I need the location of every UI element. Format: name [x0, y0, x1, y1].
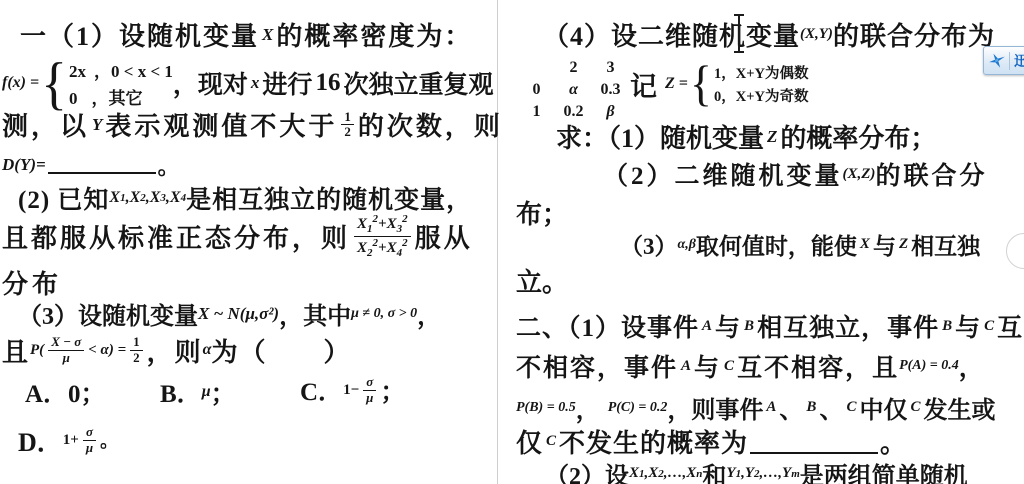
column-divider: [497, 0, 498, 484]
question-text: 一（1）设随机变量: [20, 16, 259, 53]
question-text: 是两组简单随机: [800, 456, 968, 484]
z-equals: Z =: [665, 75, 688, 93]
math-var: ,…,X: [664, 465, 697, 482]
one-plus: 1+: [63, 432, 79, 449]
dy-blank-line: D(Y)= 。: [2, 152, 180, 178]
math-var: X: [259, 25, 276, 45]
semicolon: ；: [380, 372, 405, 408]
question-text: （3）: [620, 228, 678, 261]
event-c: C: [843, 399, 859, 416]
option-c: C．1− σμ ；: [300, 368, 405, 412]
event-a: A: [678, 358, 694, 375]
period: 。: [158, 150, 180, 181]
q2-1-line4: 仅C不发生的概率为 。: [516, 424, 907, 458]
q1-3-line1: （3）设随机变量X ~ N(μ,σ²)，其中μ ≠ 0, σ > 0，: [18, 296, 441, 331]
table-cell: 0: [518, 79, 555, 101]
subscript: m: [791, 468, 800, 480]
question-text: 相互独: [911, 228, 980, 261]
xz-pair: (X,Z): [843, 166, 876, 183]
question-text: 和: [702, 456, 726, 484]
alpha-beta-vars: α,β: [678, 237, 696, 253]
question-text: 的联合分: [875, 156, 987, 192]
thunder-download-button[interactable]: 迅: [983, 46, 1024, 75]
math-var: ,Y: [741, 465, 754, 482]
math-var: ,X: [146, 189, 161, 207]
q1-3-line2: 且 P( X − σμ < α) = 12 ，则 α 为（ ）: [2, 328, 352, 372]
fraction-one-half: 12: [341, 110, 354, 140]
math-var: X: [109, 189, 120, 207]
option-b-label: B．: [160, 374, 202, 410]
brace-glyph: {: [41, 57, 67, 109]
brace-glyph: {: [690, 62, 712, 107]
probability-open: P(: [30, 342, 44, 359]
math-var: Y: [89, 115, 105, 135]
question-text: 仅: [516, 423, 543, 460]
x-minus-sigma-over-mu: X − σμ: [48, 335, 84, 365]
event-c: C: [721, 358, 737, 375]
q1-4-part3-cont: 立。: [516, 262, 568, 299]
text-cursor-icon: [733, 13, 744, 54]
event-b: B: [741, 318, 757, 335]
q1-2-line2: 且都服从标准正态分布，则 X12+X32 X22+X42 服从: [2, 210, 473, 262]
prob-c-value: P(C) = 0.2: [608, 400, 668, 416]
q2-2-line1: （2）设 X1,X2,…,Xn 和 Y1,Y2,…,Ym 是两组简单随机: [545, 456, 968, 484]
event-c: C: [907, 399, 923, 416]
question-text: 与: [955, 308, 981, 344]
question-text: ，: [417, 296, 441, 331]
question-text: 服从: [415, 218, 473, 255]
math-var: ,…,Y: [760, 465, 792, 482]
question-text: 布；: [516, 194, 568, 231]
parameter-conditions: μ ≠ 0, σ > 0: [351, 306, 417, 322]
question-text: 取何值时，能使: [696, 228, 857, 261]
option-d-label: D．: [18, 422, 63, 459]
q1-1-line3: 测，以Y表示观测值不大于 12 的次数，则: [2, 106, 503, 143]
period: 。: [100, 427, 118, 453]
joint-distribution-table: 2 3 0 α 0.3 1 0.2 β: [518, 57, 629, 123]
question-text: 求：（1）随机变量: [556, 118, 764, 155]
document-page: 一（1）设随机变量X的概率密度为： f(x) = { 2x，0 < x < 1 …: [0, 0, 1024, 484]
event-b: B: [939, 318, 955, 335]
question-text: （2）设: [545, 456, 629, 484]
chi-square-ratio-fraction: X12+X32 X22+X42: [354, 213, 411, 258]
mu-var: μ: [202, 383, 211, 401]
ji-label: 记: [630, 65, 657, 104]
question-text: 且: [2, 332, 30, 369]
probability-close: < α) =: [88, 342, 126, 359]
option-c-label: C．: [300, 372, 343, 408]
comma: ，: [576, 390, 600, 425]
question-text: 且都服从标准正态分布，则: [2, 218, 350, 255]
q2-1-line2: 不相容，事件A与C互不相容，且P(A) = 0.4，: [516, 348, 986, 384]
question-text: 的概率密度为：: [276, 16, 472, 53]
button-separator: [1009, 52, 1010, 70]
event-a: A: [763, 399, 779, 416]
question-text: ，则事件: [667, 390, 763, 425]
math-var: Y: [726, 465, 735, 482]
question-text: 与: [694, 348, 721, 384]
q2-1-line3: P(B) = 0.5，P(C) = 0.2，则事件A、B、C中仅C发生或: [516, 390, 995, 425]
event-b: B: [803, 399, 819, 416]
semicolon: ；: [211, 374, 236, 410]
question-text: 二、（1）设事件: [516, 308, 699, 344]
table-header: 3: [592, 57, 629, 79]
case-value: 2x: [69, 62, 86, 82]
thunder-button-label: 迅: [1014, 51, 1024, 71]
event-c: C: [543, 433, 559, 450]
number-16: 16: [312, 69, 343, 97]
question-text: 次独立重复观: [343, 65, 493, 101]
question-text: ，则: [147, 332, 203, 369]
z-var: Z: [896, 236, 911, 253]
normal-distribution: X ~ N(μ,σ²): [198, 304, 279, 324]
thunder-bird-icon: [987, 52, 1007, 70]
question-text: ，: [959, 348, 986, 384]
option-a: A．0；: [25, 374, 106, 410]
event-a: A: [699, 318, 715, 335]
option-b: B．μ；: [160, 374, 236, 410]
option-d: D．1+ σμ 。: [18, 416, 118, 464]
q1-4-part3: （3）α,β取何值时，能使X与Z相互独: [620, 228, 980, 261]
math-var: ,X: [166, 189, 181, 207]
question-text: 互不相容，且: [737, 348, 899, 384]
q1-4-part2: （2）二维随机变量(X,Z)的联合分: [603, 156, 987, 192]
one-minus: 1−: [343, 382, 359, 399]
case-condition: ，0 < x < 1: [94, 57, 173, 82]
question-text: 为（ ）: [212, 332, 352, 369]
alpha-var: α: [203, 341, 212, 359]
question-text: ，现对: [173, 65, 248, 101]
question-text: 发生或: [923, 390, 995, 425]
math-var: x: [248, 73, 263, 93]
z-case-odd: 0，X+Y为奇数: [714, 85, 808, 106]
math-var: ,X: [645, 465, 659, 482]
xy-pair: (X,Y): [800, 26, 833, 43]
table-header: 2: [555, 57, 592, 79]
sigma-over-mu: σμ: [363, 375, 376, 405]
z-case-even: 1，X+Y为偶数: [714, 62, 808, 83]
q1-1-intro-line: 一（1）设随机变量X的概率密度为：: [20, 16, 472, 53]
prob-a-value: P(A) = 0.4: [899, 358, 959, 374]
question-text: 进行: [262, 65, 312, 101]
density-formula-line: f(x) = { 2x，0 < x < 1 0，其它 ，现对x进行16次独立重复…: [2, 57, 493, 109]
question-text: 与: [715, 308, 741, 344]
question-text: 与: [873, 228, 896, 261]
question-text: （4）设二维随机变量: [543, 16, 800, 53]
sigma-over-mu: σμ: [83, 425, 96, 455]
question-text: ，其中: [279, 296, 351, 331]
z-var: Z: [764, 127, 780, 147]
question-text: 测，以: [2, 106, 89, 143]
question-text: 不相容，事件: [516, 348, 678, 384]
math-var: ,X: [126, 189, 141, 207]
table-cell: 0.3: [592, 79, 629, 101]
x-var: X: [857, 236, 873, 253]
enum-comma: 、: [779, 390, 803, 425]
formula-lhs: f(x) =: [2, 74, 39, 92]
z-definition: 记 Z = { 1，X+Y为偶数 0，X+Y为奇数: [630, 62, 808, 106]
q1-4-part2-cont: 布；: [516, 194, 568, 231]
question-text: （3）设随机变量: [18, 296, 198, 331]
prob-b-value: P(B) = 0.5: [516, 400, 576, 416]
event-c: C: [981, 318, 997, 335]
table-row: 0 α 0.3: [518, 79, 629, 101]
math-var: X: [629, 465, 639, 482]
fraction-one-half: 12: [130, 335, 143, 365]
q2-1-line1: 二、（1）设事件A与B相互独立，事件B与C互: [516, 308, 1023, 344]
question-text: 的次数，则: [358, 106, 503, 143]
answer-blank: [750, 428, 878, 454]
question-text: 的联合分布为: [833, 16, 995, 53]
question-text: 表示观测值不大于: [105, 106, 337, 143]
enum-comma: 、: [819, 390, 843, 425]
question-text: 不发生的概率为: [559, 423, 748, 460]
table-header-row: 2 3: [518, 57, 629, 79]
question-text: 中仅: [859, 390, 907, 425]
question-text: 互: [997, 308, 1023, 344]
period: 。: [880, 423, 907, 460]
question-text: （2）二维随机变量: [603, 156, 843, 192]
q1-4-intro-line: （4）设二维随机变量(X,Y)的联合分布为: [543, 16, 995, 53]
edge-circle-decoration: [1006, 233, 1024, 269]
question-text: 的概率分布；: [780, 118, 936, 155]
question-text: 立。: [516, 262, 568, 299]
q1-4-part1: 求：（1）随机变量Z的概率分布；: [556, 118, 936, 155]
answer-blank: [48, 152, 156, 174]
table-cell-empty: [518, 57, 555, 79]
question-text: 相互独立，事件: [757, 308, 939, 344]
table-cell: α: [555, 79, 592, 101]
table-cell: 1: [518, 101, 555, 123]
formula-lhs: D(Y)=: [2, 155, 46, 175]
option-a-label: A．0；: [25, 374, 106, 410]
